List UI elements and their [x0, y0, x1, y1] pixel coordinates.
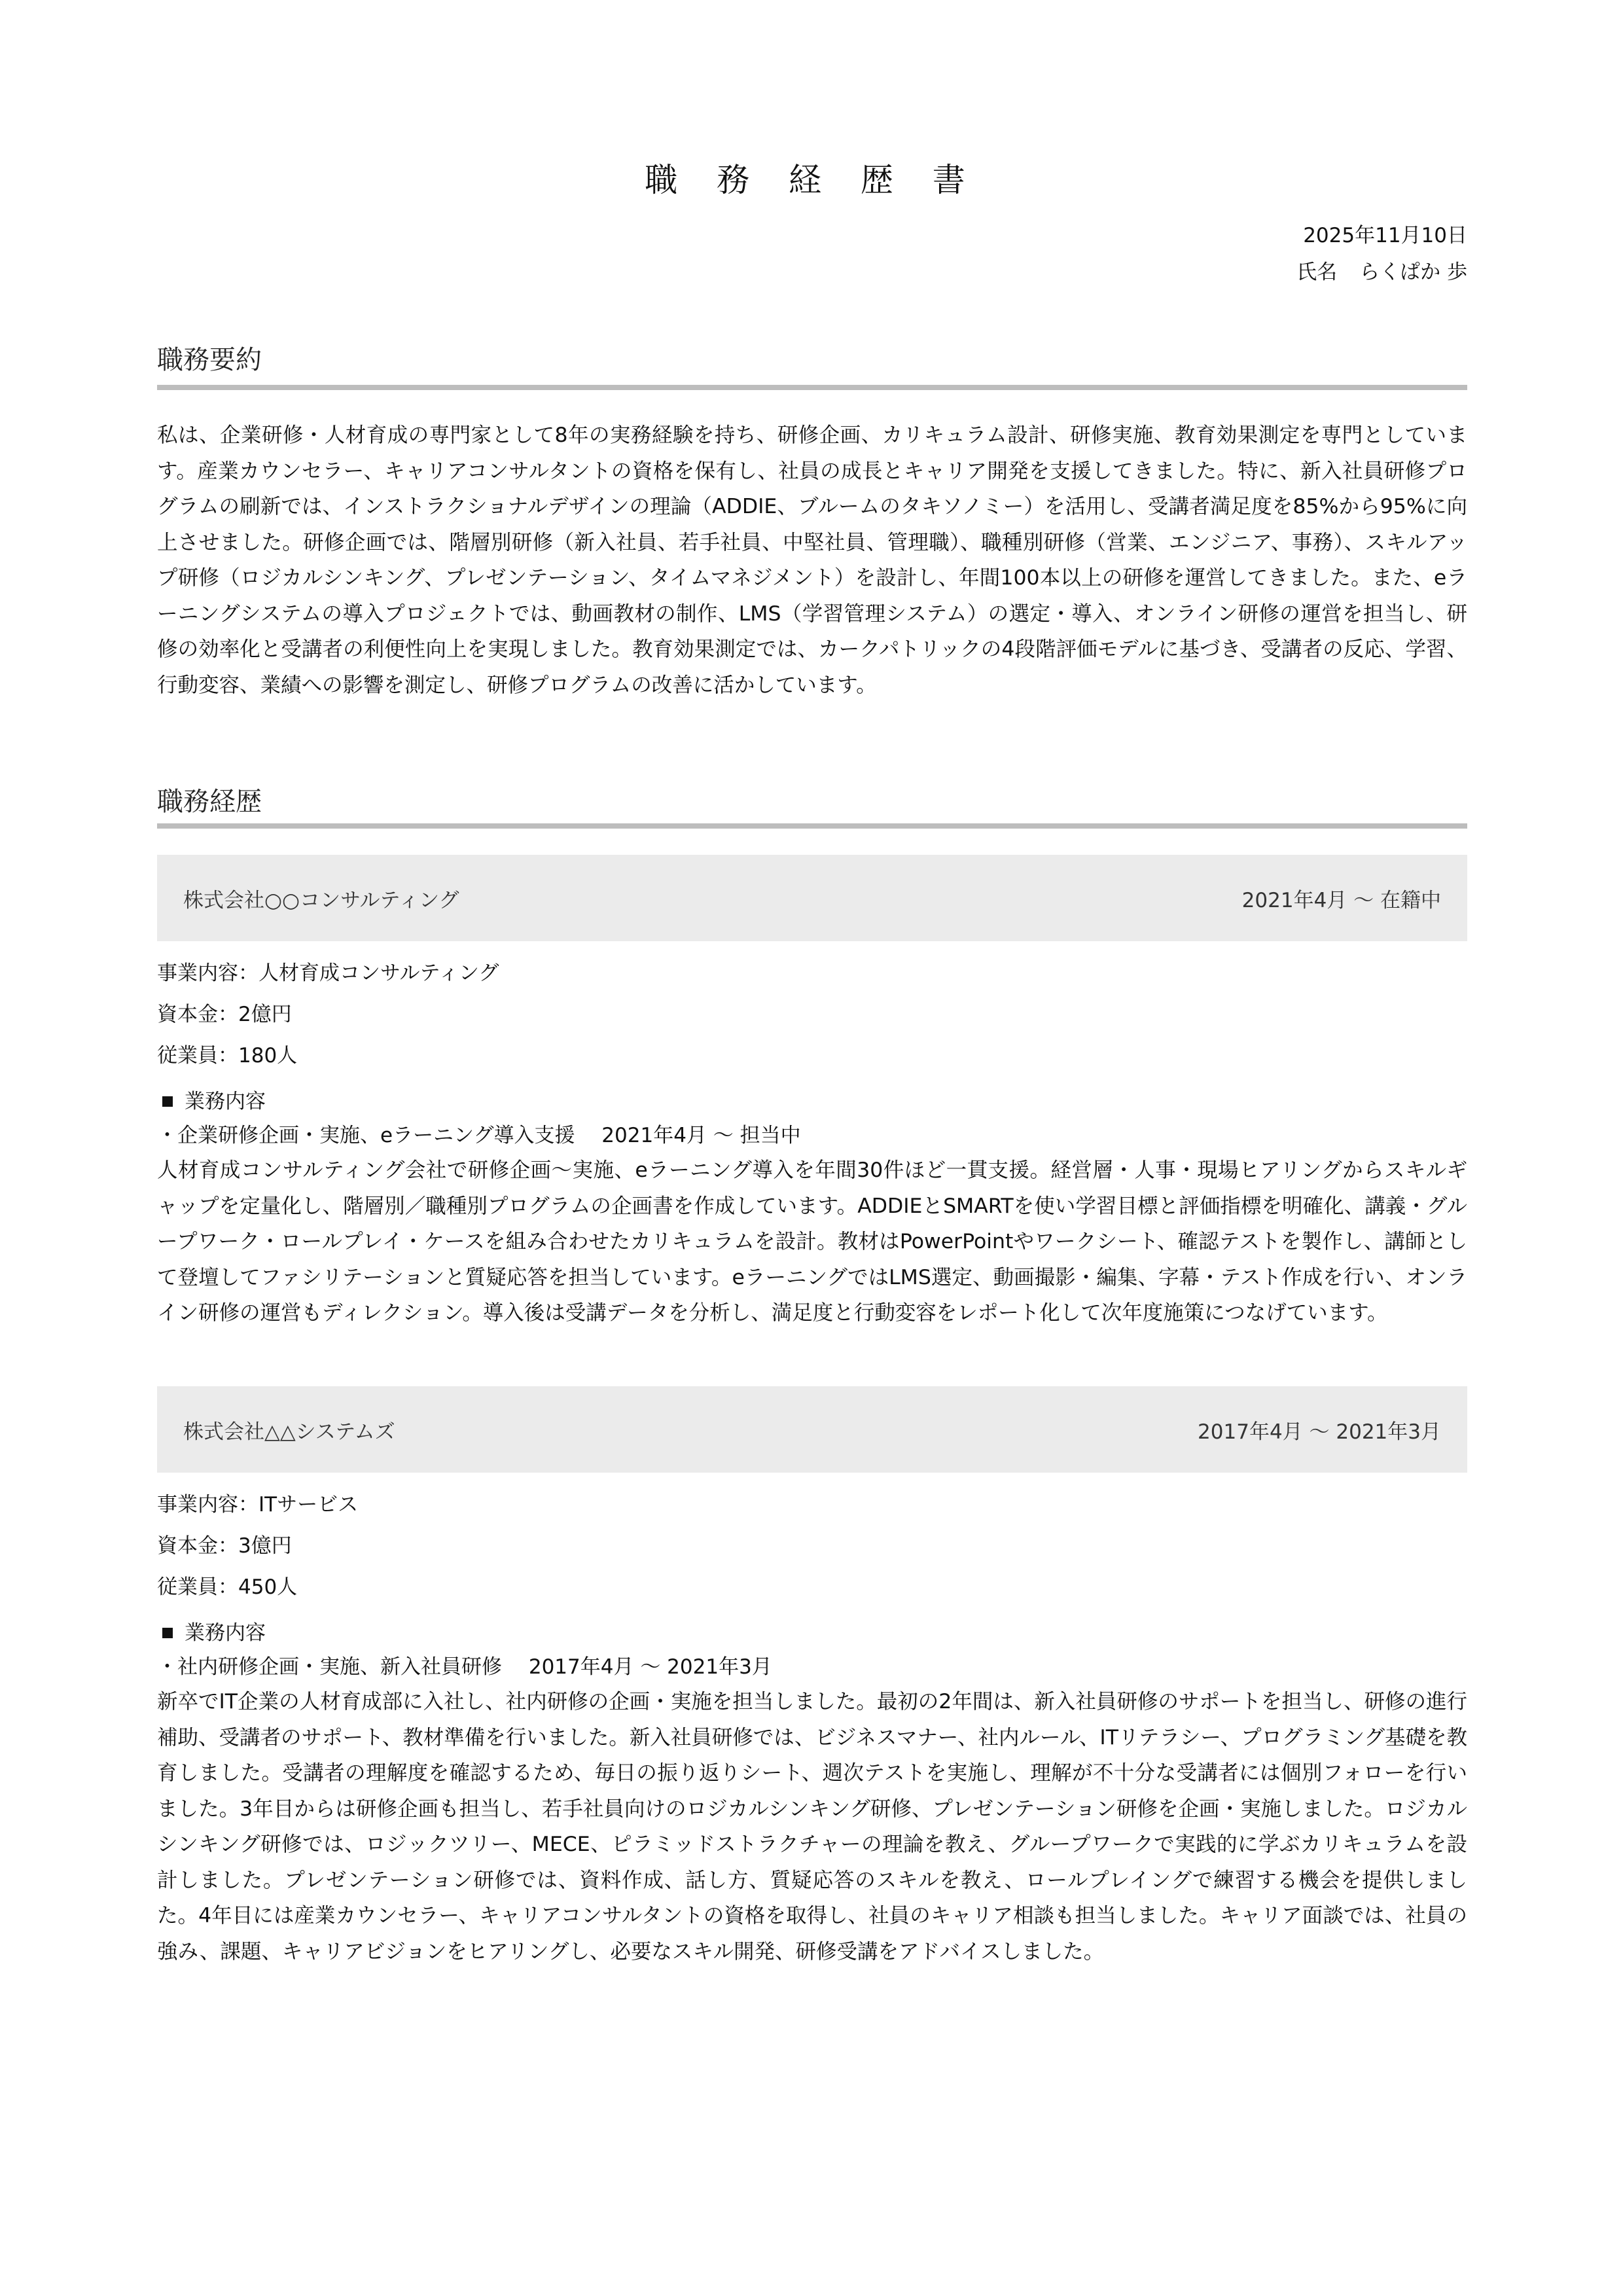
company-capital: 資本金：3億円 — [157, 1526, 1467, 1567]
company-details: 事業内容：ITサービス 資本金：3億円 従業員：450人 業務内容 ・社内研修企… — [157, 1484, 1467, 1969]
summary-heading: 職務要約 — [157, 340, 1467, 380]
history-heading: 職務経歴 — [157, 782, 1467, 821]
square-bullet-icon — [162, 1628, 173, 1638]
document-title: 職 務 経 歴 書 — [157, 157, 1467, 203]
duties-heading: 業務内容 — [157, 1616, 1467, 1650]
company-business: 事業内容：ITサービス — [157, 1484, 1467, 1526]
author-name: らくぱか 歩 — [1359, 254, 1467, 291]
name-label: 氏名 — [1296, 254, 1337, 291]
square-bullet-icon — [162, 1096, 173, 1107]
company-header: 株式会社△△システムズ 2017年4月 〜 2021年3月 — [157, 1386, 1467, 1473]
company-name: 株式会社△△システムズ — [183, 1415, 395, 1444]
company-name: 株式会社○○コンサルティング — [183, 884, 459, 913]
document-meta: 2025年11月10日 氏名らくぱか 歩 — [1296, 217, 1467, 291]
history-divider — [157, 823, 1467, 829]
company-employees: 従業員：450人 — [157, 1567, 1467, 1608]
summary-divider — [157, 385, 1467, 390]
duty-title: ・企業研修企画・実施、eラーニング導入支援 2021年4月 〜 担当中 — [157, 1119, 1467, 1153]
duty-description: 人材育成コンサルティング会社で研修企画〜実施、eラーニング導入を年間30件ほど一… — [157, 1153, 1467, 1331]
duty-title: ・社内研修企画・実施、新入社員研修 2017年4月 〜 2021年3月 — [157, 1650, 1467, 1684]
duty-description: 新卒でIT企業の人材育成部に入社し、社内研修の企画・実施を担当しました。最初の2… — [157, 1684, 1467, 1969]
document-date: 2025年11月10日 — [1296, 217, 1467, 254]
summary-text: 私は、企業研修・人材育成の専門家として8年の実務経験を持ち、研修企画、カリキュラ… — [157, 418, 1467, 703]
author-name-row: 氏名らくぱか 歩 — [1296, 254, 1467, 291]
company-details: 事業内容：人材育成コンサルティング 資本金：2億円 従業員：180人 業務内容 … — [157, 953, 1467, 1331]
company-business: 事業内容：人材育成コンサルティング — [157, 953, 1467, 994]
duties-heading: 業務内容 — [157, 1085, 1467, 1119]
company-period: 2021年4月 〜 在籍中 — [1242, 884, 1441, 913]
company-header: 株式会社○○コンサルティング 2021年4月 〜 在籍中 — [157, 855, 1467, 941]
company-capital: 資本金：2億円 — [157, 994, 1467, 1035]
company-employees: 従業員：180人 — [157, 1035, 1467, 1077]
company-period: 2017年4月 〜 2021年3月 — [1198, 1415, 1441, 1444]
